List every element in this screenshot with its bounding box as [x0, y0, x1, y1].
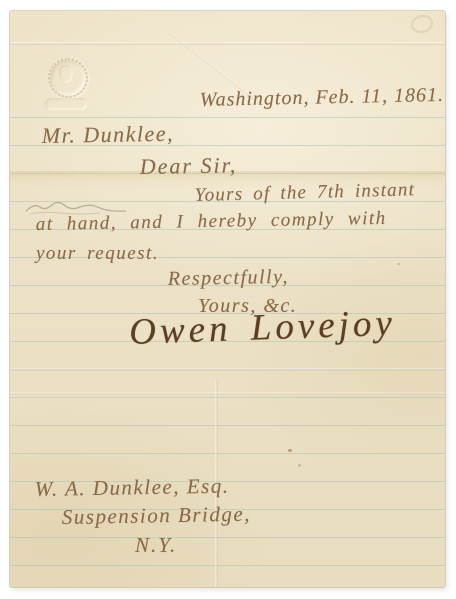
address-line-3: N.Y. [135, 533, 177, 558]
salutation-line: Dear Sir, [140, 152, 238, 180]
recipient-line: Mr. Dunklee, [42, 121, 175, 149]
body-line-3: your request. [36, 243, 159, 265]
body-line-2: at hand, and I hereby comply with [36, 208, 387, 236]
rust-speck [397, 263, 400, 265]
rust-speck [288, 449, 292, 452]
rust-speck [298, 464, 301, 467]
dateline: Washington, Feb. 11, 1861. [200, 84, 445, 112]
signature: Owen Lovejoy [128, 302, 396, 354]
letter-scan: Washington, Feb. 11, 1861. Mr. Dunklee, … [0, 0, 456, 599]
closing-line-1: Respectfully, [168, 266, 290, 291]
body-line-1: Yours of the 7th instant [194, 179, 415, 207]
embossed-stationer-seal-icon [43, 56, 91, 118]
seal-banner [45, 98, 87, 110]
seal-crest [59, 65, 73, 83]
fold-crease-lower [10, 392, 445, 395]
fold-crease-middle [10, 368, 445, 371]
corner-stain [409, 12, 435, 35]
letter-paper: Washington, Feb. 11, 1861. Mr. Dunklee, … [10, 11, 445, 587]
address-line-2: Suspension Bridge, [62, 502, 252, 530]
address-line-1: W. A. Dunklee, Esq. [35, 474, 230, 502]
fold-crease-top [10, 42, 445, 45]
